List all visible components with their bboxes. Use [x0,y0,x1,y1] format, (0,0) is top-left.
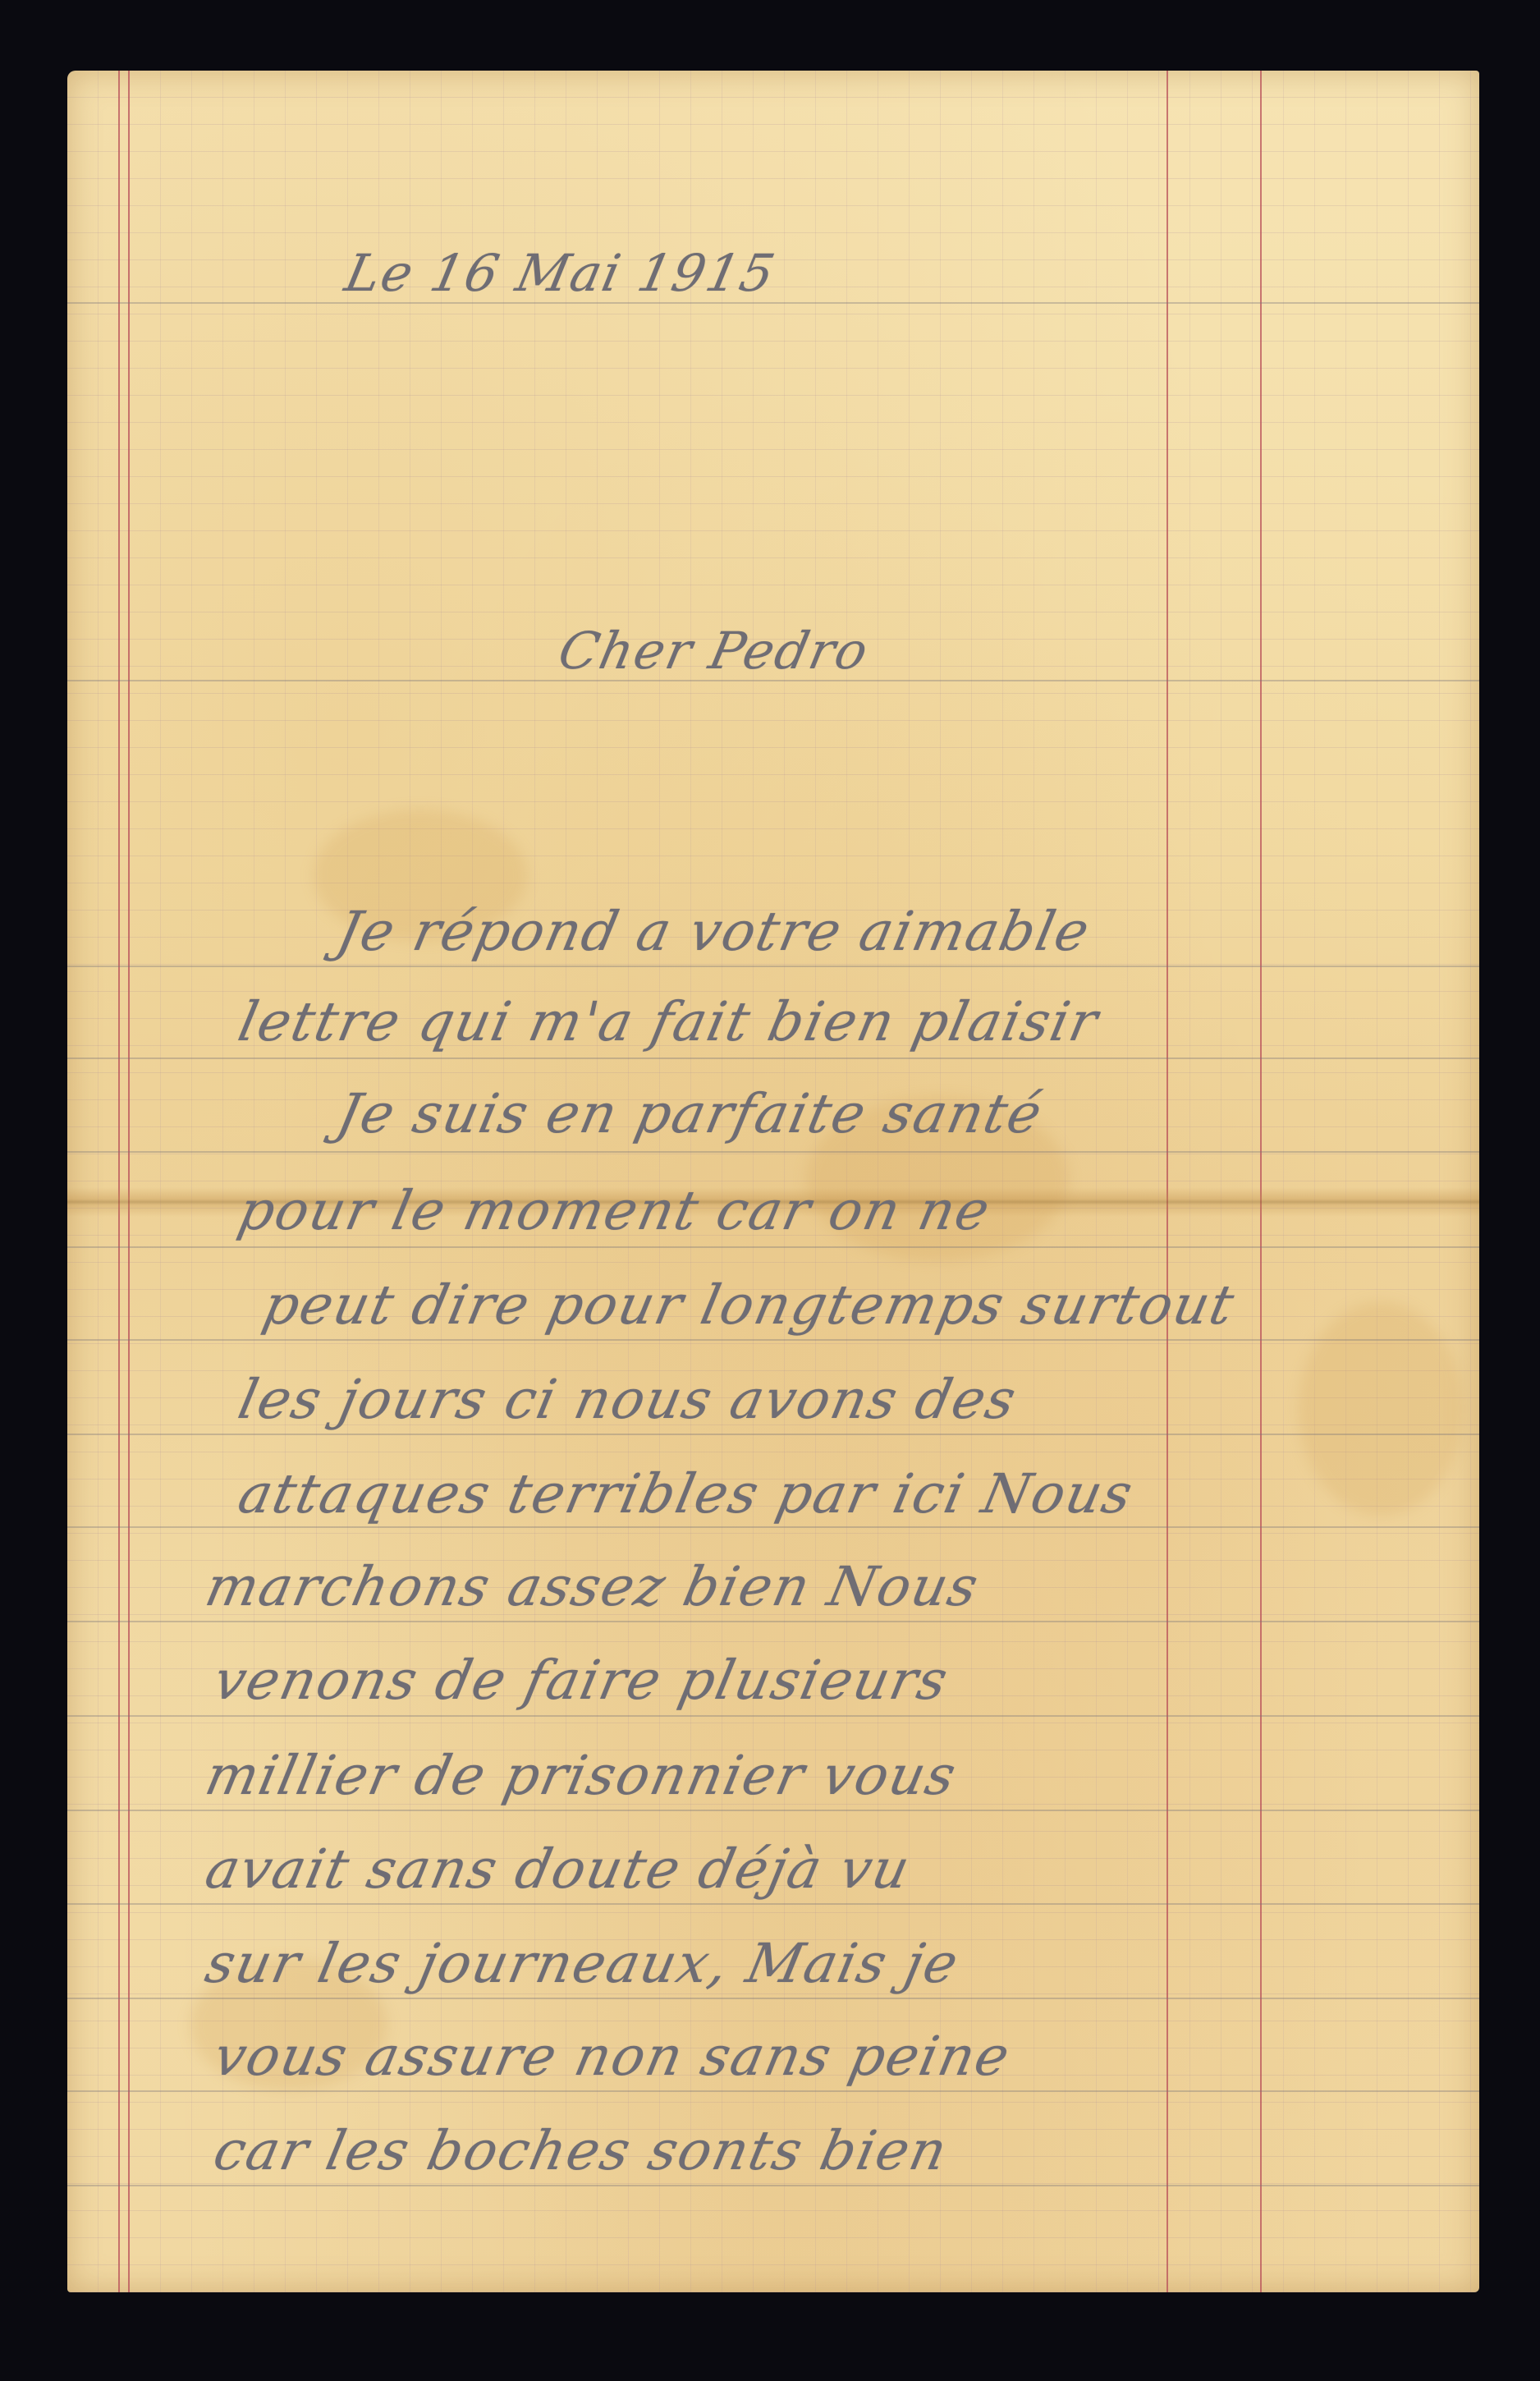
letter-body-line: venons de faire plusieurs [209,1649,955,1712]
ruled-line [67,1715,1479,1717]
ruled-line [67,1903,1479,1905]
left-margin-rule-outer [118,71,120,2292]
letter-sheet: Le 16 Mai 1915 Cher Pedro Je répond a vo… [67,71,1479,2292]
ruled-line [67,302,1479,304]
letter-body-line: millier de prisonnier vous [200,1744,963,1807]
letter-body-line: les jours ci nous avons des [233,1368,1023,1431]
ruled-line [67,1434,1479,1435]
ruled-line [67,1246,1479,1248]
ruled-line [67,1810,1479,1811]
ruled-line [67,1057,1479,1059]
ruled-line [67,2090,1479,2092]
letter-body-line: sur les journeaux, Mais je [200,1932,965,1995]
letter-date: Le 16 Mai 1915 [340,243,781,303]
letter-body-line: attaques terribles par ici Nous [233,1462,1139,1525]
letter-body-line: vous assure non sans peine [209,2025,1016,2088]
letter-body-line: avait sans doute déjà vu [200,1837,916,1901]
ruled-line [67,2185,1479,2186]
left-margin-rule-inner [128,71,130,2292]
ruled-line [67,1526,1479,1528]
ruled-line [67,966,1479,967]
letter-body-line: peut dire pour longtemps surtout [258,1273,1241,1337]
letter-body-line: marchons assez bien Nous [200,1555,985,1618]
letter-salutation: Cher Pedro [553,621,874,681]
letter-body-line: Je suis en parfaite santé [332,1082,1049,1145]
right-margin-rule-1 [1166,71,1168,2292]
ruled-line [67,1339,1479,1341]
letter-body-line: pour le moment car on ne [233,1179,997,1242]
letter-body-line: car les boches sonts bien [209,2119,954,2182]
letter-body-line: lettre qui m'a fait bien plaisir [233,990,1105,1053]
ruled-line [67,1998,1479,1999]
ruled-line [67,1621,1479,1622]
letter-body-line: Je répond a votre aimable [332,900,1096,963]
ruled-line [67,1151,1479,1153]
right-margin-rule-2 [1260,71,1262,2292]
paper-stain [1299,1302,1463,1516]
